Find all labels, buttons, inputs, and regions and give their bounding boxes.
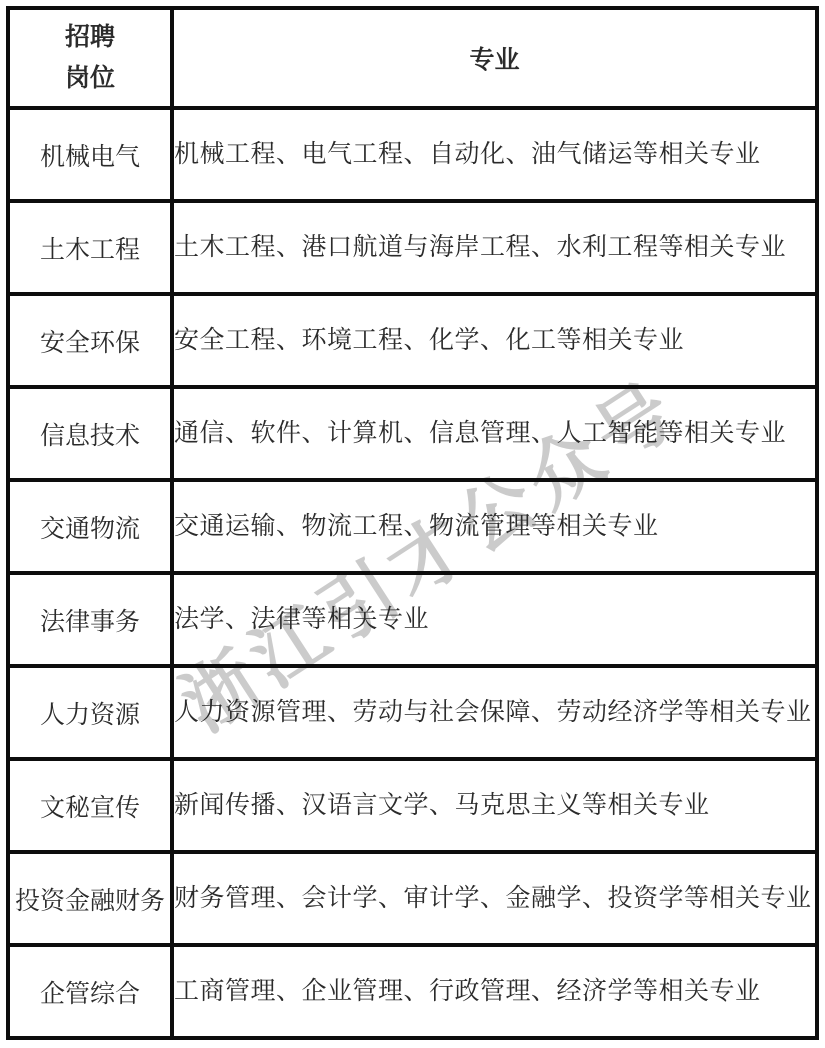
position-cell: 土木工程: [8, 201, 172, 294]
document-page: 浙江引才公众号 招聘 岗位 专业 机械电气 机械工程、电气工程、自动化、油气储运…: [0, 0, 825, 1048]
table-row: 交通物流 交通运输、物流工程、物流管理等相关专业: [8, 480, 817, 573]
table-row: 安全环保 安全工程、环境工程、化学、化工等相关专业: [8, 294, 817, 387]
major-cell: 新闻传播、汉语言文学、马克思主义等相关专业: [172, 759, 817, 852]
position-cell: 人力资源: [8, 666, 172, 759]
position-cell: 交通物流: [8, 480, 172, 573]
header-position-line2: 岗位: [10, 58, 170, 99]
table-row: 机械电气 机械工程、电气工程、自动化、油气储运等相关专业: [8, 108, 817, 201]
table-header-row: 招聘 岗位 专业: [8, 8, 817, 108]
table-row: 信息技术 通信、软件、计算机、信息管理、人工智能等相关专业: [8, 387, 817, 480]
major-cell: 土木工程、港口航道与海岸工程、水利工程等相关专业: [172, 201, 817, 294]
position-cell: 机械电气: [8, 108, 172, 201]
header-position: 招聘 岗位: [8, 8, 172, 108]
table-row: 文秘宣传 新闻传播、汉语言文学、马克思主义等相关专业: [8, 759, 817, 852]
position-cell: 企管综合: [8, 945, 172, 1038]
position-cell: 安全环保: [8, 294, 172, 387]
major-cell: 法学、法律等相关专业: [172, 573, 817, 666]
position-cell: 信息技术: [8, 387, 172, 480]
position-cell: 文秘宣传: [8, 759, 172, 852]
header-major: 专业: [172, 8, 817, 108]
table-row: 投资金融财务 财务管理、会计学、审计学、金融学、投资学等相关专业: [8, 852, 817, 945]
major-cell: 交通运输、物流工程、物流管理等相关专业: [172, 480, 817, 573]
major-cell: 财务管理、会计学、审计学、金融学、投资学等相关专业: [172, 852, 817, 945]
recruitment-table: 招聘 岗位 专业 机械电气 机械工程、电气工程、自动化、油气储运等相关专业 土木…: [6, 6, 819, 1040]
major-cell: 通信、软件、计算机、信息管理、人工智能等相关专业: [172, 387, 817, 480]
major-cell: 工商管理、企业管理、行政管理、经济学等相关专业: [172, 945, 817, 1038]
header-position-line1: 招聘: [10, 17, 170, 58]
table-row: 人力资源 人力资源管理、劳动与社会保障、劳动经济学等相关专业: [8, 666, 817, 759]
major-cell: 人力资源管理、劳动与社会保障、劳动经济学等相关专业: [172, 666, 817, 759]
major-cell: 机械工程、电气工程、自动化、油气储运等相关专业: [172, 108, 817, 201]
position-cell: 法律事务: [8, 573, 172, 666]
major-cell: 安全工程、环境工程、化学、化工等相关专业: [172, 294, 817, 387]
position-cell: 投资金融财务: [8, 852, 172, 945]
table-row: 法律事务 法学、法律等相关专业: [8, 573, 817, 666]
table-row: 企管综合 工商管理、企业管理、行政管理、经济学等相关专业: [8, 945, 817, 1038]
table-row: 土木工程 土木工程、港口航道与海岸工程、水利工程等相关专业: [8, 201, 817, 294]
